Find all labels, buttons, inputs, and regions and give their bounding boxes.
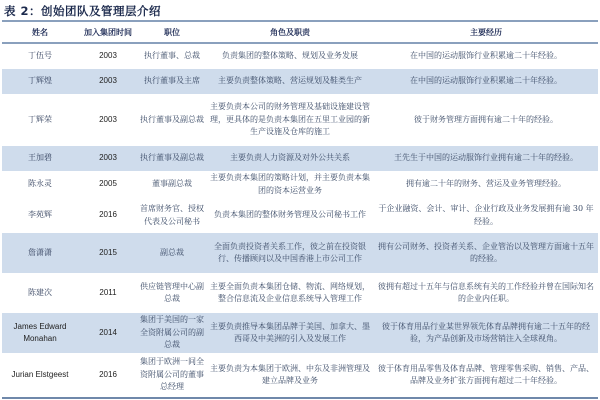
role-responsibility: 主要负责本集团的策略计划，并主要负责本集团的资本运营业务 <box>206 171 374 198</box>
main-experience: 在中国的运动服饰行业积累逾二十年经验。 <box>374 69 598 94</box>
table-title: 表 2：创始团队及管理层介绍 <box>4 3 161 19</box>
table-header-row: 姓名 加入集团时间 职位 角色及职责 主要经历 <box>2 21 598 43</box>
position: 董事副总裁 <box>138 171 206 198</box>
table-row: 詹潇潇2015副总裁全面负责投资者关系工作，彼之前在投资银行、传播顾问以及中国香… <box>2 233 598 273</box>
position: 集团于欧洲一间全资附属公司的董事总经理 <box>138 353 206 398</box>
join-year: 2003 <box>78 69 138 94</box>
join-year: 2016 <box>78 353 138 398</box>
join-year: 2016 <box>78 198 138 233</box>
role-responsibility: 主要全面负责本集团仓储、物流、网络规划，整合信息流及企业信息系统导入管理工作 <box>206 273 374 313</box>
header-name: 姓名 <box>2 21 78 43</box>
person-name: 丁伍号 <box>2 43 78 69</box>
join-year: 2011 <box>78 273 138 313</box>
position: 首席财务官、授权代表及公司秘书 <box>138 198 206 233</box>
table-row: 丁伍号2003执行董事、总裁负责集团的整体策略、规划及业务发展在中国的运动服饰行… <box>2 43 598 69</box>
position: 供应链管理中心副总裁 <box>138 273 206 313</box>
person-name: 丁辉荣 <box>2 94 78 146</box>
position: 执行董事及副总裁 <box>138 94 206 146</box>
person-name: 丁辉煌 <box>2 69 78 94</box>
person-name: 陈建次 <box>2 273 78 313</box>
main-experience: 拥有逾二十年的财务、营运及业务管理经验。 <box>374 171 598 198</box>
person-name: 詹潇潇 <box>2 233 78 273</box>
header-experience: 主要经历 <box>374 21 598 43</box>
position: 执行董事及副总裁 <box>138 146 206 171</box>
main-experience: 王先生于中国的运动服饰行业拥有逾二十年的经验。 <box>374 146 598 171</box>
role-responsibility: 主要负责整体策略、营运规划及鞋类生产 <box>206 69 374 94</box>
role-responsibility: 主要负责推导本集团品牌于美国、加拿大、墨西哥及中美洲的引入及发展工作 <box>206 313 374 353</box>
person-name: 陈永灵 <box>2 171 78 198</box>
main-experience: 彼于财务管理方面拥有逾二十年的经验。 <box>374 94 598 146</box>
management-team-table: 姓名 加入集团时间 职位 角色及职责 主要经历 丁伍号2003执行董事、总裁负责… <box>2 20 598 399</box>
role-responsibility: 负责本集团的整体财务管理及公司秘书工作 <box>206 198 374 233</box>
main-experience: 彼于体育用品行业某世界领先体育品牌拥有逾二十五年的经验，为产品创新及市场营销注入… <box>374 313 598 353</box>
join-year: 2005 <box>78 171 138 198</box>
header-position: 职位 <box>138 21 206 43</box>
table-row: James Edward Monahan2014集团于美国的一家全资附属公司的副… <box>2 313 598 353</box>
table-row: 陈建次2011供应链管理中心副总裁主要全面负责本集团仓储、物流、网络规划，整合信… <box>2 273 598 313</box>
position: 执行董事、总裁 <box>138 43 206 69</box>
header-join-year: 加入集团时间 <box>78 21 138 43</box>
main-experience: 于企业融资、会计、审计、企业行政及业务发展拥有逾 30 年经验。 <box>374 198 598 233</box>
role-responsibility: 主要负责人力资源及对外公共关系 <box>206 146 374 171</box>
join-year: 2014 <box>78 313 138 353</box>
main-experience: 彼拥有超过十五年与信息系统有关的工作经验并曾在国际知名的企业内任职。 <box>374 273 598 313</box>
position: 副总裁 <box>138 233 206 273</box>
table-row: 丁辉煌2003执行董事及主席主要负责整体策略、营运规划及鞋类生产在中国的运动服饰… <box>2 69 598 94</box>
person-name: Jurian Elstgeest <box>2 353 78 398</box>
role-responsibility: 主要负责为本集团于欧洲、中东及非洲管理及建立品牌及业务 <box>206 353 374 398</box>
main-experience: 彼于体育用品零售及体育品牌、管理零售采购、销售、产品、品牌及业务扩张方面拥有超过… <box>374 353 598 398</box>
table-row: 丁辉荣2003执行董事及副总裁主要负责本公司的财务管理及基础设施建设管理，更具体… <box>2 94 598 146</box>
join-year: 2003 <box>78 43 138 69</box>
join-year: 2003 <box>78 94 138 146</box>
main-experience: 在中国的运动服饰行业积累逾二十年经验。 <box>374 43 598 69</box>
person-name: James Edward Monahan <box>2 313 78 353</box>
position: 集团于美国的一家全资附属公司的副总裁 <box>138 313 206 353</box>
person-name: 王加碧 <box>2 146 78 171</box>
role-responsibility: 主要负责本公司的财务管理及基础设施建设管理，更具体的是负责本集团在五里工业园的新… <box>206 94 374 146</box>
table-row: 王加碧2003执行董事及副总裁主要负责人力资源及对外公共关系王先生于中国的运动服… <box>2 146 598 171</box>
join-year: 2015 <box>78 233 138 273</box>
role-responsibility: 负责集团的整体策略、规划及业务发展 <box>206 43 374 69</box>
table-row: 陈永灵2005董事副总裁主要负责本集团的策略计划，并主要负责本集团的资本运营业务… <box>2 171 598 198</box>
table-row: Jurian Elstgeest2016集团于欧洲一间全资附属公司的董事总经理主… <box>2 353 598 398</box>
main-experience: 拥有公司财务、投资者关系、企业管治以及管理方面逾十五年的经验。 <box>374 233 598 273</box>
person-name: 李苑辉 <box>2 198 78 233</box>
table-row: 李苑辉2016首席财务官、授权代表及公司秘书负责本集团的整体财务管理及公司秘书工… <box>2 198 598 233</box>
role-responsibility: 全面负责投资者关系工作，彼之前在投资银行、传播顾问以及中国香港上市公司工作 <box>206 233 374 273</box>
header-role: 角色及职责 <box>206 21 374 43</box>
join-year: 2003 <box>78 146 138 171</box>
position: 执行董事及主席 <box>138 69 206 94</box>
